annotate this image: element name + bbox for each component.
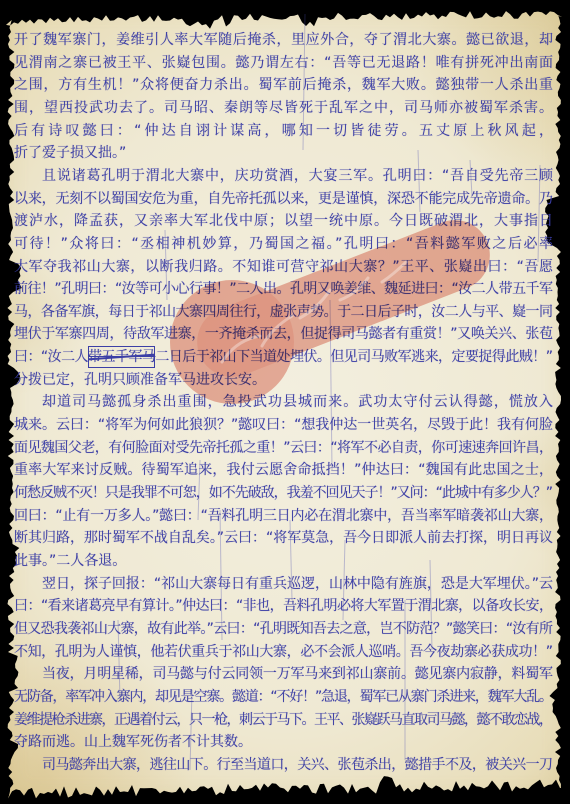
manuscript-line: 埋伏于军寨四周，待敌军进寨，一齐掩杀而去，但捉得司马懿者有重赏！”又唤关兴、张苞 bbox=[14, 323, 553, 345]
manuscript-line: 何愁反贼不灭！只是我罪不可恕，如不先破敌，我羞不回见天子！”又问：“此城中有多少… bbox=[14, 482, 553, 504]
line-text: 后有诗叹懿曰：“仲达自诩计谋高，哪知一切皆徒劳。五丈原上秋风起， bbox=[14, 120, 556, 142]
manuscript-line: 面见魏国父老，有何脸面对受先帝托孤之重！”云曰：“将军不必自责，你可速速奔回许昌… bbox=[14, 437, 553, 459]
line-text: 却道司马懿孤身杀出重围，急投武功县城而来。武功太守付云认得懿，慌放入 bbox=[42, 391, 554, 413]
manuscript-line: 开了魏军寨门，姜维引人率大军随后掩杀，里应外合，夺了渭北大寨。懿已欲退，却 bbox=[14, 29, 553, 51]
line-text: 但又恐我袭祁山大寨，故有此举。”云曰：“孔明既知吾去之意，岂不防范？”懿笑曰：“… bbox=[14, 618, 552, 640]
line-text: 姜维提枪杀进寨，正遇着付云，只一枪，刺云于马下。王平、张嶷跃马直取司马懿，懿不敢… bbox=[14, 709, 552, 731]
line-text: 且说诸葛孔明于渭北大寨中，庆功赏酒，大宴三军。孔明曰：“吾自受先帝三顾 bbox=[42, 165, 554, 187]
line-text: 大军夺我祁山大寨，以断我归路。不知谁可营守祁山大寨？”王平、张嶷出曰：“吾愿 bbox=[14, 256, 554, 278]
manuscript-line: 司马懿奔出大寨，逃往山下。行至当道口，关兴、张苞杀出，懿措手不及，被关兴一刀 bbox=[42, 754, 553, 776]
line-text: 埋伏于军寨四周，待敌军进寨，一齐掩杀而去，但捉得司马懿者有重赏！”又唤关兴、张苞 bbox=[14, 323, 553, 345]
manuscript-line: 围，望西投武功去了。司马昭、秦朗等尽皆死于乱军之中，司马师亦被蜀军杀害。 bbox=[14, 97, 553, 119]
manuscript-page: 开了魏军寨门，姜维引人率大军随后掩杀，里应外合，夺了渭北大寨。懿已欲退，却见渭南… bbox=[0, 0, 570, 804]
line-text: 马，各备军旗，每日于祁山大寨四周往行，虚张声势。于二日后子时，汝二人与平、嶷一同 bbox=[14, 301, 552, 323]
line-text: 曰：“看来诸葛亮早有算计。”仲达曰：“非也，吾料孔明必将大军置于渭北寨，以备攻长… bbox=[14, 595, 552, 617]
line-text: 面见魏国父老，有何脸面对受先帝托孤之重！”云曰：“将军不必自责，你可速速奔回许昌… bbox=[14, 437, 552, 459]
manuscript-line: 以来，无刻不以蜀国安危为重，自先帝托孤以来，更是谨慎，深恐不能完成先帝遗命。乃 bbox=[14, 188, 553, 210]
text-segment: 二日后于祁山下当道处埋伏。但见司马败军逃来，定要捉得此贼！” bbox=[155, 349, 552, 365]
manuscript-line: 之围，方有生机！”众将便奋力杀出。蜀军前后掩杀，魏军大败。懿独带一人杀出重 bbox=[14, 74, 553, 96]
struck-out-text: 带五千军马 bbox=[88, 346, 155, 368]
line-text: 开了魏军寨门，姜维引人率大军随后掩杀，里应外合，夺了渭北大寨。懿已欲退，却 bbox=[14, 29, 554, 51]
manuscript-line: 不知，孔明为人谨慎，他若伏重兵于祁山大寨，必不会派人巡哨。吾今夜劫寨必获成功！” bbox=[14, 641, 553, 663]
manuscript-line: 马，各备军旗，每日于祁山大寨四周往行，虚张声势。于二日后子时，汝二人与平、嶷一同 bbox=[14, 301, 553, 323]
line-text: 重率大军来讨反贼。待蜀军追来，我付云愿舍命抵挡！”仲达曰：“魏国有此忠国之士， bbox=[14, 459, 553, 481]
manuscript-line: 后有诗叹懿曰：“仲达自诩计谋高，哪知一切皆徒劳。五丈原上秋风起， bbox=[14, 120, 553, 142]
line-text: 前往！”孔明曰：“汝等可小心行事！”二人出。孔明又唤姜维、魏延进曰：“汝二人带五… bbox=[14, 278, 552, 300]
line-text: 回曰：“止有一万多人。”懿曰：“吾料孔明三日内必在渭北寨中，吾当率军暗袭祁山大寨… bbox=[14, 505, 553, 527]
line-text: 夺路而逃。山上魏军死伤者不计其数。 bbox=[14, 731, 252, 753]
manuscript-line: 分拨已定，孔明只顾准备军马进攻长安。 bbox=[14, 369, 553, 391]
line-text: 司马懿奔出大寨，逃往山下。行至当道口，关兴、张苞杀出，懿措手不及，被关兴一刀 bbox=[42, 754, 552, 776]
line-text: 分拨已定，孔明只顾准备军马进攻长安。 bbox=[14, 369, 266, 391]
manuscript-line: 曰：“汝二人带五千军马二日后于祁山下当道处埋伏。但见司马败军逃来，定要捉得此贼！… bbox=[14, 346, 553, 368]
manuscript-line: 渡泸水，降孟获，又亲率大军北伐中原；以望一统中原。今日既破渭北，大事指日 bbox=[14, 210, 553, 232]
manuscript-line: 折了爱子损又拙。” bbox=[14, 142, 553, 164]
manuscript-line: 城来。云曰：“将军为何如此狼狈？”懿叹曰：“想我仲达一世英名，尽毁于此！我有何脸 bbox=[14, 414, 553, 436]
manuscript-line: 无防备，率军冲入寨内，却见是空寨。懿道：“不好！”急退，蜀军已从寨门杀进来，魏军… bbox=[14, 686, 553, 708]
manuscript-line: 夺路而逃。山上魏军死伤者不计其数。 bbox=[14, 731, 553, 753]
line-text: 见渭南之寨已被王平、张嶷包围。懿乃谓左右：“吾等已无退路！唯有拼死冲出南面 bbox=[14, 52, 554, 74]
line-text: 翌日，探子回报：“祁山大寨每日有重兵巡逻，山林中隐有旌旗，恐是大军埋伏。”云 bbox=[42, 573, 553, 595]
manuscript-line: 重率大军来讨反贼。待蜀军追来，我付云愿舍命抵挡！”仲达曰：“魏国有此忠国之士， bbox=[14, 459, 553, 481]
manuscript-line: 此事。”二人各退。 bbox=[14, 550, 553, 572]
manuscript-line: 前往！”孔明曰：“汝等可小心行事！”二人出。孔明又唤姜维、魏延进曰：“汝二人带五… bbox=[14, 278, 553, 300]
line-text: 不知，孔明为人谨慎，他若伏重兵于祁山大寨，必不会派人巡哨。吾今夜劫寨必获成功！” bbox=[14, 641, 553, 663]
manuscript-line: 当夜，月明星稀，司马懿与付云同领一万军马来到祁山寨前。懿见寨内寂静，料蜀军 bbox=[42, 663, 553, 685]
manuscript-line: 翌日，探子回报：“祁山大寨每日有重兵巡逻，山林中隐有旌旗，恐是大军埋伏。”云 bbox=[42, 573, 553, 595]
manuscript-line: 曰：“看来诸葛亮早有算计。”仲达曰：“非也，吾料孔明必将大军置于渭北寨，以备攻长… bbox=[14, 595, 553, 617]
line-text: 当夜，月明星稀，司马懿与付云同领一万军马来到祁山寨前。懿见寨内寂静，料蜀军 bbox=[42, 663, 553, 685]
manuscript-line: 但又恐我袭祁山大寨，故有此举。”云曰：“孔明既知吾去之意，岂不防范？”懿笑曰：“… bbox=[14, 618, 553, 640]
line-text: 此事。”二人各退。 bbox=[14, 550, 126, 572]
line-text: 渡泸水，降孟获，又亲率大军北伐中原；以望一统中原。今日既破渭北，大事指日 bbox=[14, 210, 554, 232]
line-text: 何愁反贼不灭！只是我罪不可恕，如不先破敌，我羞不回见天子！”又问：“此城中有多少… bbox=[14, 482, 552, 504]
manuscript-line: 大军夺我祁山大寨，以断我归路。不知谁可营守祁山大寨？”王平、张嶷出曰：“吾愿 bbox=[14, 256, 553, 278]
line-text: 可待！”众将曰：“丞相神机妙算，乃蜀国之福。”孔明曰：“吾料懿军败之后必率 bbox=[14, 233, 555, 255]
line-text: 之围，方有生机！”众将便奋力杀出。蜀军前后掩杀，魏军大败。懿独带一人杀出重 bbox=[14, 74, 554, 96]
line-text: 断其归路，那时蜀军不战自乱矣。”云曰：“将军莫急，吾今日即派人前去打探，明日再议 bbox=[14, 527, 553, 549]
line-text: 城来。云曰：“将军为何如此狼狈？”懿叹曰：“想我仲达一世英名，尽毁于此！我有何脸 bbox=[14, 414, 553, 436]
line-text: 无防备，率军冲入寨内，却见是空寨。懿道：“不好！”急退，蜀军已从寨门杀进来，魏军… bbox=[14, 686, 552, 708]
line-text: 以来，无刻不以蜀国安危为重，自先帝托孤以来，更是谨慎，深恐不能完成先帝遗命。乃 bbox=[14, 188, 553, 210]
manuscript-line: 却道司马懿孤身杀出重围，急投武功县城而来。武功太守付云认得懿，慌放入 bbox=[42, 391, 553, 413]
text-segment: 曰：“汝二人 bbox=[14, 349, 88, 365]
manuscript-text: 开了魏军寨门，姜维引人率大军随后掩杀，里应外合，夺了渭北大寨。懿已欲退，却见渭南… bbox=[0, 0, 570, 804]
manuscript-line: 姜维提枪杀进寨，正遇着付云，只一枪，刺云于马下。王平、张嶷跃马直取司马懿，懿不敢… bbox=[14, 709, 553, 731]
manuscript-line: 且说诸葛孔明于渭北大寨中，庆功赏酒，大宴三军。孔明曰：“吾自受先帝三顾 bbox=[42, 165, 553, 187]
line-text: 折了爱子损又拙。” bbox=[14, 142, 126, 164]
line-text: 围，望西投武功去了。司马昭、秦朗等尽皆死于乱军之中，司马师亦被蜀军杀害。 bbox=[14, 97, 554, 119]
manuscript-line: 回曰：“止有一万多人。”懿曰：“吾料孔明三日内必在渭北寨中，吾当率军暗袭祁山大寨… bbox=[14, 505, 553, 527]
manuscript-line: 见渭南之寨已被王平、张嶷包围。懿乃谓左右：“吾等已无退路！唯有拼死冲出南面 bbox=[14, 52, 553, 74]
manuscript-line: 可待！”众将曰：“丞相神机妙算，乃蜀国之福。”孔明曰：“吾料懿军败之后必率 bbox=[14, 233, 553, 255]
line-text: 曰：“汝二人带五千军马二日后于祁山下当道处埋伏。但见司马败军逃来，定要捉得此贼！… bbox=[14, 346, 552, 368]
manuscript-line: 断其归路，那时蜀军不战自乱矣。”云曰：“将军莫急，吾今日即派人前去打探，明日再议 bbox=[14, 527, 553, 549]
